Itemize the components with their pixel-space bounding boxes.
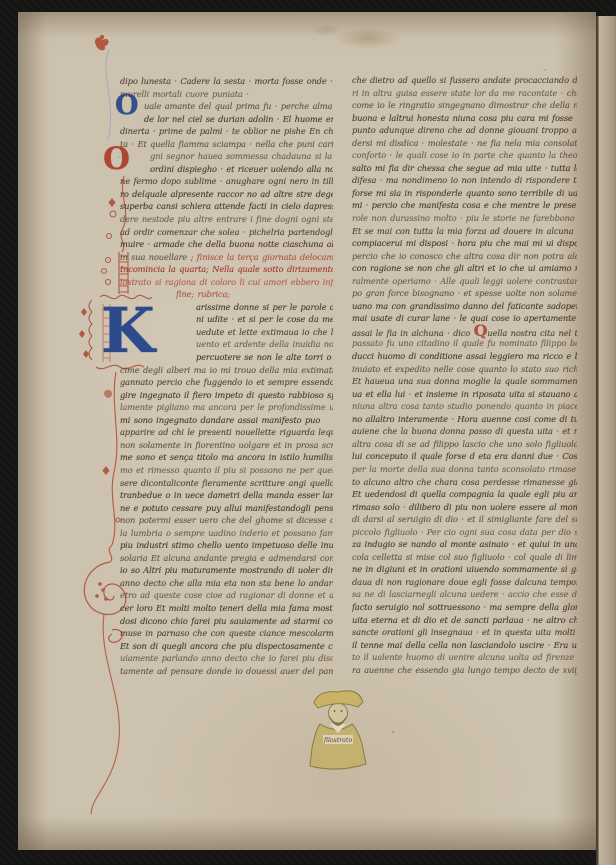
text-segment: ad ordir comenzar che solea · pichelria … [120, 227, 333, 237]
text-line: mai usate di curar lane · le quai cose i… [352, 312, 577, 325]
text-line: uale amante del qual prima fu · perche a… [120, 100, 333, 113]
text-line: ad ordir comenzar che solea · pichelria … [120, 226, 333, 239]
text-line: conforto · le quali cose io in parte che… [352, 149, 577, 162]
text-segment: forse mi sia in risponderle quanto sono … [352, 188, 577, 198]
text-segment: no allaltro interamente · Hora auenne co… [352, 414, 577, 424]
text-line: role non durassino molto · piu le storie… [352, 212, 577, 225]
text-line: ordini dispiegho · et riceuer uolendo al… [120, 163, 333, 176]
text-line: salto mi fia dir chessa che segue ad mia… [352, 162, 577, 175]
text-line: Et son di quegli ancora che piu dispecto… [120, 640, 333, 653]
text-segment: uedute et lette extimaua io che lo impet… [196, 327, 333, 337]
text-line: mo et rimesso quanto il piu si possono n… [120, 464, 333, 477]
text-line: percio che io conosco che altra cosa dir… [352, 250, 577, 263]
text-line: Et uedendosi di quella compagnia la qual… [352, 488, 577, 501]
text-segment: gire ingegnato il fiero impeto di questo… [120, 390, 333, 400]
text-segment: po gran force bisognano · et spesse uolt… [352, 288, 577, 298]
text-line: cer loro Et molti molto teneri della mia… [120, 602, 333, 615]
text-segment: piu industri stimo chello uento impetuos… [120, 540, 333, 550]
text-segment: sere dicontaliconte fieramente scritture… [120, 478, 333, 488]
text-segment: ta · Et quella fiamma sciampa · nella ch… [120, 139, 333, 149]
text-line: cime degli alberi ma io mi trouo della m… [120, 364, 333, 377]
text-line: altra cosa di se ad filippo lascio che u… [352, 438, 577, 451]
text-segment: muse in parnaso che con queste ciance me… [120, 628, 333, 638]
text-segment: arissime donne si per le parole de saui … [196, 302, 333, 312]
text-line: rimaso solo · dilibero di piu non uolere… [352, 501, 577, 514]
bust-body [310, 724, 366, 769]
text-line: ro delquale alpresente raccor no ad altr… [120, 188, 333, 201]
text-line: fine; rubrica; [120, 288, 333, 301]
text-segment: passato fu uno citadino il quale fu nomi… [352, 338, 577, 348]
text-segment: dere nestode piu altre entrare i fine do… [120, 214, 333, 224]
text-line: ra auenne che essendo gia lungo tempo de… [352, 664, 577, 677]
text-line: forse mi sia in risponderle quanto sono … [352, 187, 577, 200]
text-line: ne fermo dopo sublime · anughare ogni ne… [120, 175, 333, 188]
text-segment: gannato percio che fuggendo io et sempre… [120, 377, 333, 387]
text-segment: altra cosa di se ad filippo lascio che u… [352, 439, 577, 449]
text-line: con ragione se non che gli altri et io c… [352, 262, 577, 275]
text-line: uano ma con grandissimo danno del fatica… [352, 300, 577, 313]
text-line: sancte orationi gli insegnaua · et in qu… [352, 626, 577, 639]
text-line: dinerta · prime de palmi · te oblior ne … [120, 125, 333, 138]
text-line: to il ualente huomo di uenire alcuna uol… [352, 651, 577, 664]
name-label: filostrato [323, 735, 353, 744]
text-segment: mi · percio che manifesta cosa e che men… [352, 200, 577, 210]
text-line: dipo lunesta · Cadere la sesta · morta f… [120, 75, 333, 88]
text-line: ta · Et quella fiamma sciampa · nella ch… [120, 138, 333, 151]
text-line: Et haueua una sua donna moglie la quale … [352, 375, 577, 388]
text-line: compiacerui mi disposi · hora piu che ma… [352, 237, 577, 250]
bust-head [329, 703, 348, 726]
text-segment: daua di non ragionare doue egli fosse da… [352, 577, 577, 587]
text-line: anno decto che alla mia eta non sta bene… [120, 577, 333, 590]
text-line: lui conceputo il quale forse d eta era d… [352, 450, 577, 463]
text-line: etro ad queste cose cioe ad ragionar di … [120, 589, 333, 602]
text-segment: muire · armade che della buona notte cia… [120, 239, 333, 249]
text-segment: percuotere se non le alte torri o le piu… [196, 352, 333, 362]
text-segment: mi sono ingegnato dandare assai manifest… [120, 415, 320, 425]
text-segment: Et haueua una sua donna moglie la quale … [352, 376, 577, 386]
text-line: per la morte della sua donna tanto scons… [352, 463, 577, 476]
text-line: ne e potuto cessare puy allui manifestan… [120, 502, 333, 515]
text-segment: sancte orationi gli insegnaua · et in qu… [352, 627, 577, 637]
text-line: ne in digiuni et in orationi uiuendo som… [352, 563, 577, 576]
text-line: io so Altri piu maturamente mostrando di… [120, 564, 333, 577]
text-line: tranbedue o in uece dametri della manda … [120, 489, 333, 502]
text-line: to alcuno altro che chara cosa perdesse … [352, 476, 577, 489]
text-segment: uento et ardente della inuidia non doues… [196, 339, 333, 349]
text-segment: tranbedue o in uece dametri della manda … [120, 490, 333, 500]
text-segment: ua et ella lui · et insieme in riposata … [352, 389, 577, 399]
text-line: percuotere se non le alte torri o le piu… [120, 351, 333, 364]
text-segment: rimaso solo · dilibero di piu non uolere… [352, 502, 577, 512]
text-segment: uita eterna et di dio et de sancti parla… [352, 615, 577, 625]
text-segment: Et uedendosi di quella compagnia la qual… [352, 489, 577, 499]
text-line: dere nestode piu altre entrare i fine do… [120, 213, 333, 226]
text-segment: etro ad queste cose cioe ad ragionar di … [120, 590, 333, 600]
text-segment: solaria Et alcuna andante pregia e admen… [120, 553, 333, 563]
text-segment: lostrato si ragiona di coloro li cui amo… [120, 277, 333, 287]
text-segment: anno decto che alla mia eta non sta bene… [120, 578, 333, 588]
text-line: ducci huomo di conditione assai leggiero… [352, 350, 577, 363]
text-line: cola celletta si mise col suo figliuolo … [352, 551, 577, 564]
text-line: che dietro ad quello si fussero andate p… [352, 74, 577, 87]
text-line: passato fu uno citadino il quale fu nomi… [352, 337, 577, 350]
text-line: lostrato si ragiona di coloro li cui amo… [120, 276, 333, 289]
text-segment: che dietro ad quello si fussero andate p… [352, 75, 577, 85]
text-segment: non solamente in fiorentino uolgare et i… [120, 440, 333, 450]
text-line: facto seruigio nol sottraessono · ma sem… [352, 601, 577, 614]
text-segment: ne fermo dopo sublime · anughare ogni ne… [120, 176, 333, 186]
text-line: Incomincia la quarta; Nella quale sotto … [120, 263, 333, 276]
text-segment: Incomincia la quarta; Nella quale sotto … [120, 264, 333, 274]
text-segment: ri in altra guisa essere state lor da me… [352, 88, 577, 98]
text-column-left: dipo lunesta · Cadere la sesta · morta f… [120, 75, 333, 681]
text-segment: con ragione se non che gli altri et io c… [352, 263, 577, 273]
text-line: di darsi al seruigio di dio · et il simi… [352, 513, 577, 526]
text-segment: ro delquale alpresente raccor no ad altr… [120, 189, 333, 199]
text-segment: auiene che la buona donna passo di quest… [352, 426, 577, 436]
text-segment: dosi dicono chio farei piu sauiamente ad… [120, 616, 333, 626]
text-segment: lamente pigliano ma ancora per le profon… [120, 402, 333, 412]
text-line: come io le ringratio singegnano dimostra… [352, 99, 577, 112]
text-line: piccolo figliuolo · Per cio ogni sua cos… [352, 526, 577, 539]
next-folio-edge [596, 16, 616, 865]
text-line: non solamente in fiorentino uolgare et i… [120, 439, 333, 452]
text-line: murelli mortali cuore puniata · [120, 88, 333, 101]
text-segment: mai usate di curar lane · le quai cose i… [352, 313, 577, 323]
text-segment: di darsi al seruigio di dio · et il simi… [352, 514, 577, 524]
text-line: uiamente parlando anno decto che io fare… [120, 652, 333, 665]
text-segment: finisce la terça giornata delocameron · [197, 252, 333, 262]
text-line: dersi mi disdica · molestate · ne fia ne… [352, 137, 577, 150]
text-segment: murelli mortali cuore puniata · [120, 89, 249, 99]
text-segment: salto mi fia dir chessa che segue ad mia… [352, 163, 577, 173]
text-line: uita eterna et di dio et de sancti parla… [352, 614, 577, 627]
text-segment: assai le fia in alchuna · dico [352, 328, 474, 338]
text-segment: cime degli alberi ma io mi trouo della m… [120, 365, 333, 375]
text-line: za indugio se nando al monte asinaio · e… [352, 538, 577, 551]
text-segment: io so Altri piu maturamente mostrando di… [120, 565, 333, 575]
text-segment: conforto · le quali cose io in parte che… [352, 150, 577, 160]
text-segment: ne e potuto cessare puy allui manifestan… [120, 503, 333, 513]
text-segment: sa ne di lasciarnegli alcuna uedere · ac… [352, 589, 577, 599]
text-line: assai le fia in alchuna · dico Quella no… [352, 325, 577, 338]
name-label-text: filostrato [323, 737, 353, 744]
text-segment: ra auenne che essendo gia lungo tempo de… [352, 665, 577, 675]
text-line: punto adunque direno che ad donne giouan… [352, 124, 577, 137]
text-segment: cola celletta si mise col suo figliuolo … [352, 552, 577, 562]
text-segment: per la morte della sua donna tanto scons… [352, 464, 577, 474]
text-line: niuna altra cosa tanto studio ponendo qu… [352, 400, 577, 413]
text-line: solaria Et alcuna andante pregia e admen… [120, 552, 333, 565]
text-segment: apparire ad chi le presenti nouellette r… [120, 427, 333, 437]
text-segment: de lor nel ciel se durian adolin · El hu… [144, 114, 333, 124]
text-line: daua di non ragionare doue egli fosse da… [352, 576, 577, 589]
text-line: la lumbria o sempre uadino inderio et po… [120, 527, 333, 540]
text-segment: fine; rubrica; [176, 289, 230, 299]
text-segment: dersi mi disdica · molestate · ne fia ne… [352, 138, 577, 148]
text-segment: punto adunque direno che ad donne giouan… [352, 125, 577, 135]
text-segment: superba cansi schiera attende facti in c… [120, 201, 333, 211]
text-line: superba cansi schiera attende facti in c… [120, 200, 333, 213]
text-line: de lor nel ciel se durian adolin · El hu… [120, 113, 333, 126]
text-line: gni segnor hauea sommessa chadauna si la… [120, 150, 333, 163]
text-line: ua et ella lui · et insieme in riposata … [352, 388, 577, 401]
text-line: piu industri stimo chello uento impetuos… [120, 539, 333, 552]
text-segment: Et son di quegli ancora che piu dispecto… [120, 641, 333, 651]
text-line: sere dicontaliconte fieramente scritture… [120, 477, 333, 490]
text-segment: lui conceputo il quale forse d eta era d… [352, 451, 577, 461]
figure-bust: filostrato [300, 686, 376, 770]
text-segment: buona e laltrui honesta niuna cosa piu c… [352, 113, 577, 123]
text-segment: ralmente operiamo · Alle quali leggi uol… [352, 276, 577, 286]
text-line: in sua nouellare ; finisce la terça gior… [120, 251, 333, 264]
text-segment: uano ma con grandissimo danno del fatica… [352, 301, 577, 311]
text-line: gannato percio che fuggendo io et sempre… [120, 376, 333, 389]
text-segment: come io le ringratio singegnano dimostra… [352, 100, 577, 110]
text-line: dosi dicono chio farei piu sauiamente ad… [120, 615, 333, 628]
figure-bust-drawing: filostrato [300, 686, 376, 770]
text-segment: to alcuno altro che chara cosa perdesse … [352, 477, 577, 487]
text-segment: niuna altra cosa tanto studio ponendo qu… [352, 401, 577, 411]
text-line: muse in parnaso che con queste ciance me… [120, 627, 333, 640]
text-line: ralmente operiamo · Alle quali leggi uol… [352, 275, 577, 288]
text-line: mi sono ingegnato dandare assai manifest… [120, 414, 333, 427]
text-line: apparire ad chi le presenti nouellette r… [120, 426, 333, 439]
text-segment: to il ualente huomo di uenire alcuna uol… [352, 652, 577, 662]
photo-background: O O K dipo lunesta · Cadere la sesta · m… [0, 0, 616, 865]
text-segment: ne in digiuni et in orationi uiuendo som… [352, 564, 577, 574]
text-line: sa ne di lasciarnegli alcuna uedere · ac… [352, 588, 577, 601]
text-line: lamente pigliano ma ancora per le profon… [120, 401, 333, 414]
text-line: buona e laltrui honesta niuna cosa piu c… [352, 112, 577, 125]
text-line: uedute et lette extimaua io che lo impet… [120, 326, 333, 339]
text-line: muire · armade che della buona notte cia… [120, 238, 333, 251]
text-segment: cer loro Et molti molto teneri della mia… [120, 603, 333, 613]
text-line: non potermi esser uero che del ghome si … [120, 514, 333, 527]
text-line: tamente ad pensare donde io douessi auer… [120, 665, 333, 678]
text-segment: la lumbria o sempre uadino inderio et po… [120, 528, 333, 538]
text-line: gire ingegnato il fiero impeto di questo… [120, 389, 333, 402]
text-segment: ducci huomo di conditione assai leggiero… [352, 351, 577, 361]
text-segment: me sono et sença titolo ma ancora in ist… [120, 452, 333, 462]
text-segment: percio che io conosco che altra cosa dir… [352, 251, 577, 261]
text-segment: ni udite · et si per le cose da me molte… [196, 314, 333, 324]
text-segment: compiacerui mi disposi · hora piu che ma… [352, 238, 577, 248]
text-line: po gran force bisognano · et spesse uolt… [352, 287, 577, 300]
text-line: arissime donne si per le parole de saui … [120, 301, 333, 314]
text-line: no allaltro interamente · Hora auenne co… [352, 413, 577, 426]
text-segment: in sua nouellare ; [120, 252, 197, 262]
text-segment: facto seruigio nol sottraessono · ma sem… [352, 602, 577, 612]
text-line: auiene che la buona donna passo di quest… [352, 425, 577, 438]
text-segment: inuiato et expedito nelle cose quanto lo… [352, 364, 577, 374]
text-segment: dipo lunesta · Cadere la sesta · morta f… [120, 76, 333, 86]
text-line: me sono et sença titolo ma ancora in ist… [120, 451, 333, 464]
text-segment: role non durassino molto · piu le storie… [352, 213, 577, 223]
text-line: ni udite · et si per le cose da me molte… [120, 313, 333, 326]
text-line: difesa · ma nondimeno io non intendo di … [352, 174, 577, 187]
text-segment: gni segnor hauea sommessa chadauna si la… [150, 151, 333, 161]
text-segment: uiamente parlando anno decto che io fare… [120, 653, 333, 663]
text-line: mi · percio che manifesta cosa e che men… [352, 199, 577, 212]
text-segment: uale amante del qual prima fu · perche a… [144, 101, 333, 111]
text-segment: il tenne mai della cella non lasciandolo… [352, 640, 577, 650]
text-segment: non potermi esser uero che del ghome si … [120, 515, 333, 525]
text-line: inuiato et expedito nelle cose quanto lo… [352, 363, 577, 376]
text-segment: piccolo figliuolo · Per cio ogni sua cos… [352, 527, 577, 537]
text-line: uento et ardente della inuidia non doues… [120, 338, 333, 351]
text-segment: ordini dispiegho · et riceuer uolendo al… [150, 164, 333, 174]
text-segment: za indugio se nando al monte asinaio · e… [352, 539, 577, 549]
text-segment: dinerta · prime de palmi · te oblior ne … [120, 126, 333, 136]
text-line: il tenne mai della cella non lasciandolo… [352, 639, 577, 652]
text-segment: difesa · ma nondimeno io non intendo di … [352, 175, 577, 185]
text-segment: uella nostra cita nel tempo [487, 328, 577, 338]
text-segment: Et se mai con tutta la mia forza ad doue… [352, 226, 577, 236]
text-segment: mo et rimesso quanto il piu si possono n… [120, 465, 333, 475]
text-line: ri in altra guisa essere state lor da me… [352, 87, 577, 100]
text-segment: tamente ad pensare donde io douessi auer… [120, 666, 333, 676]
text-column-right: che dietro ad quello si fussero andate p… [352, 74, 577, 680]
text-line: Et se mai con tutta la mia forza ad doue… [352, 225, 577, 238]
